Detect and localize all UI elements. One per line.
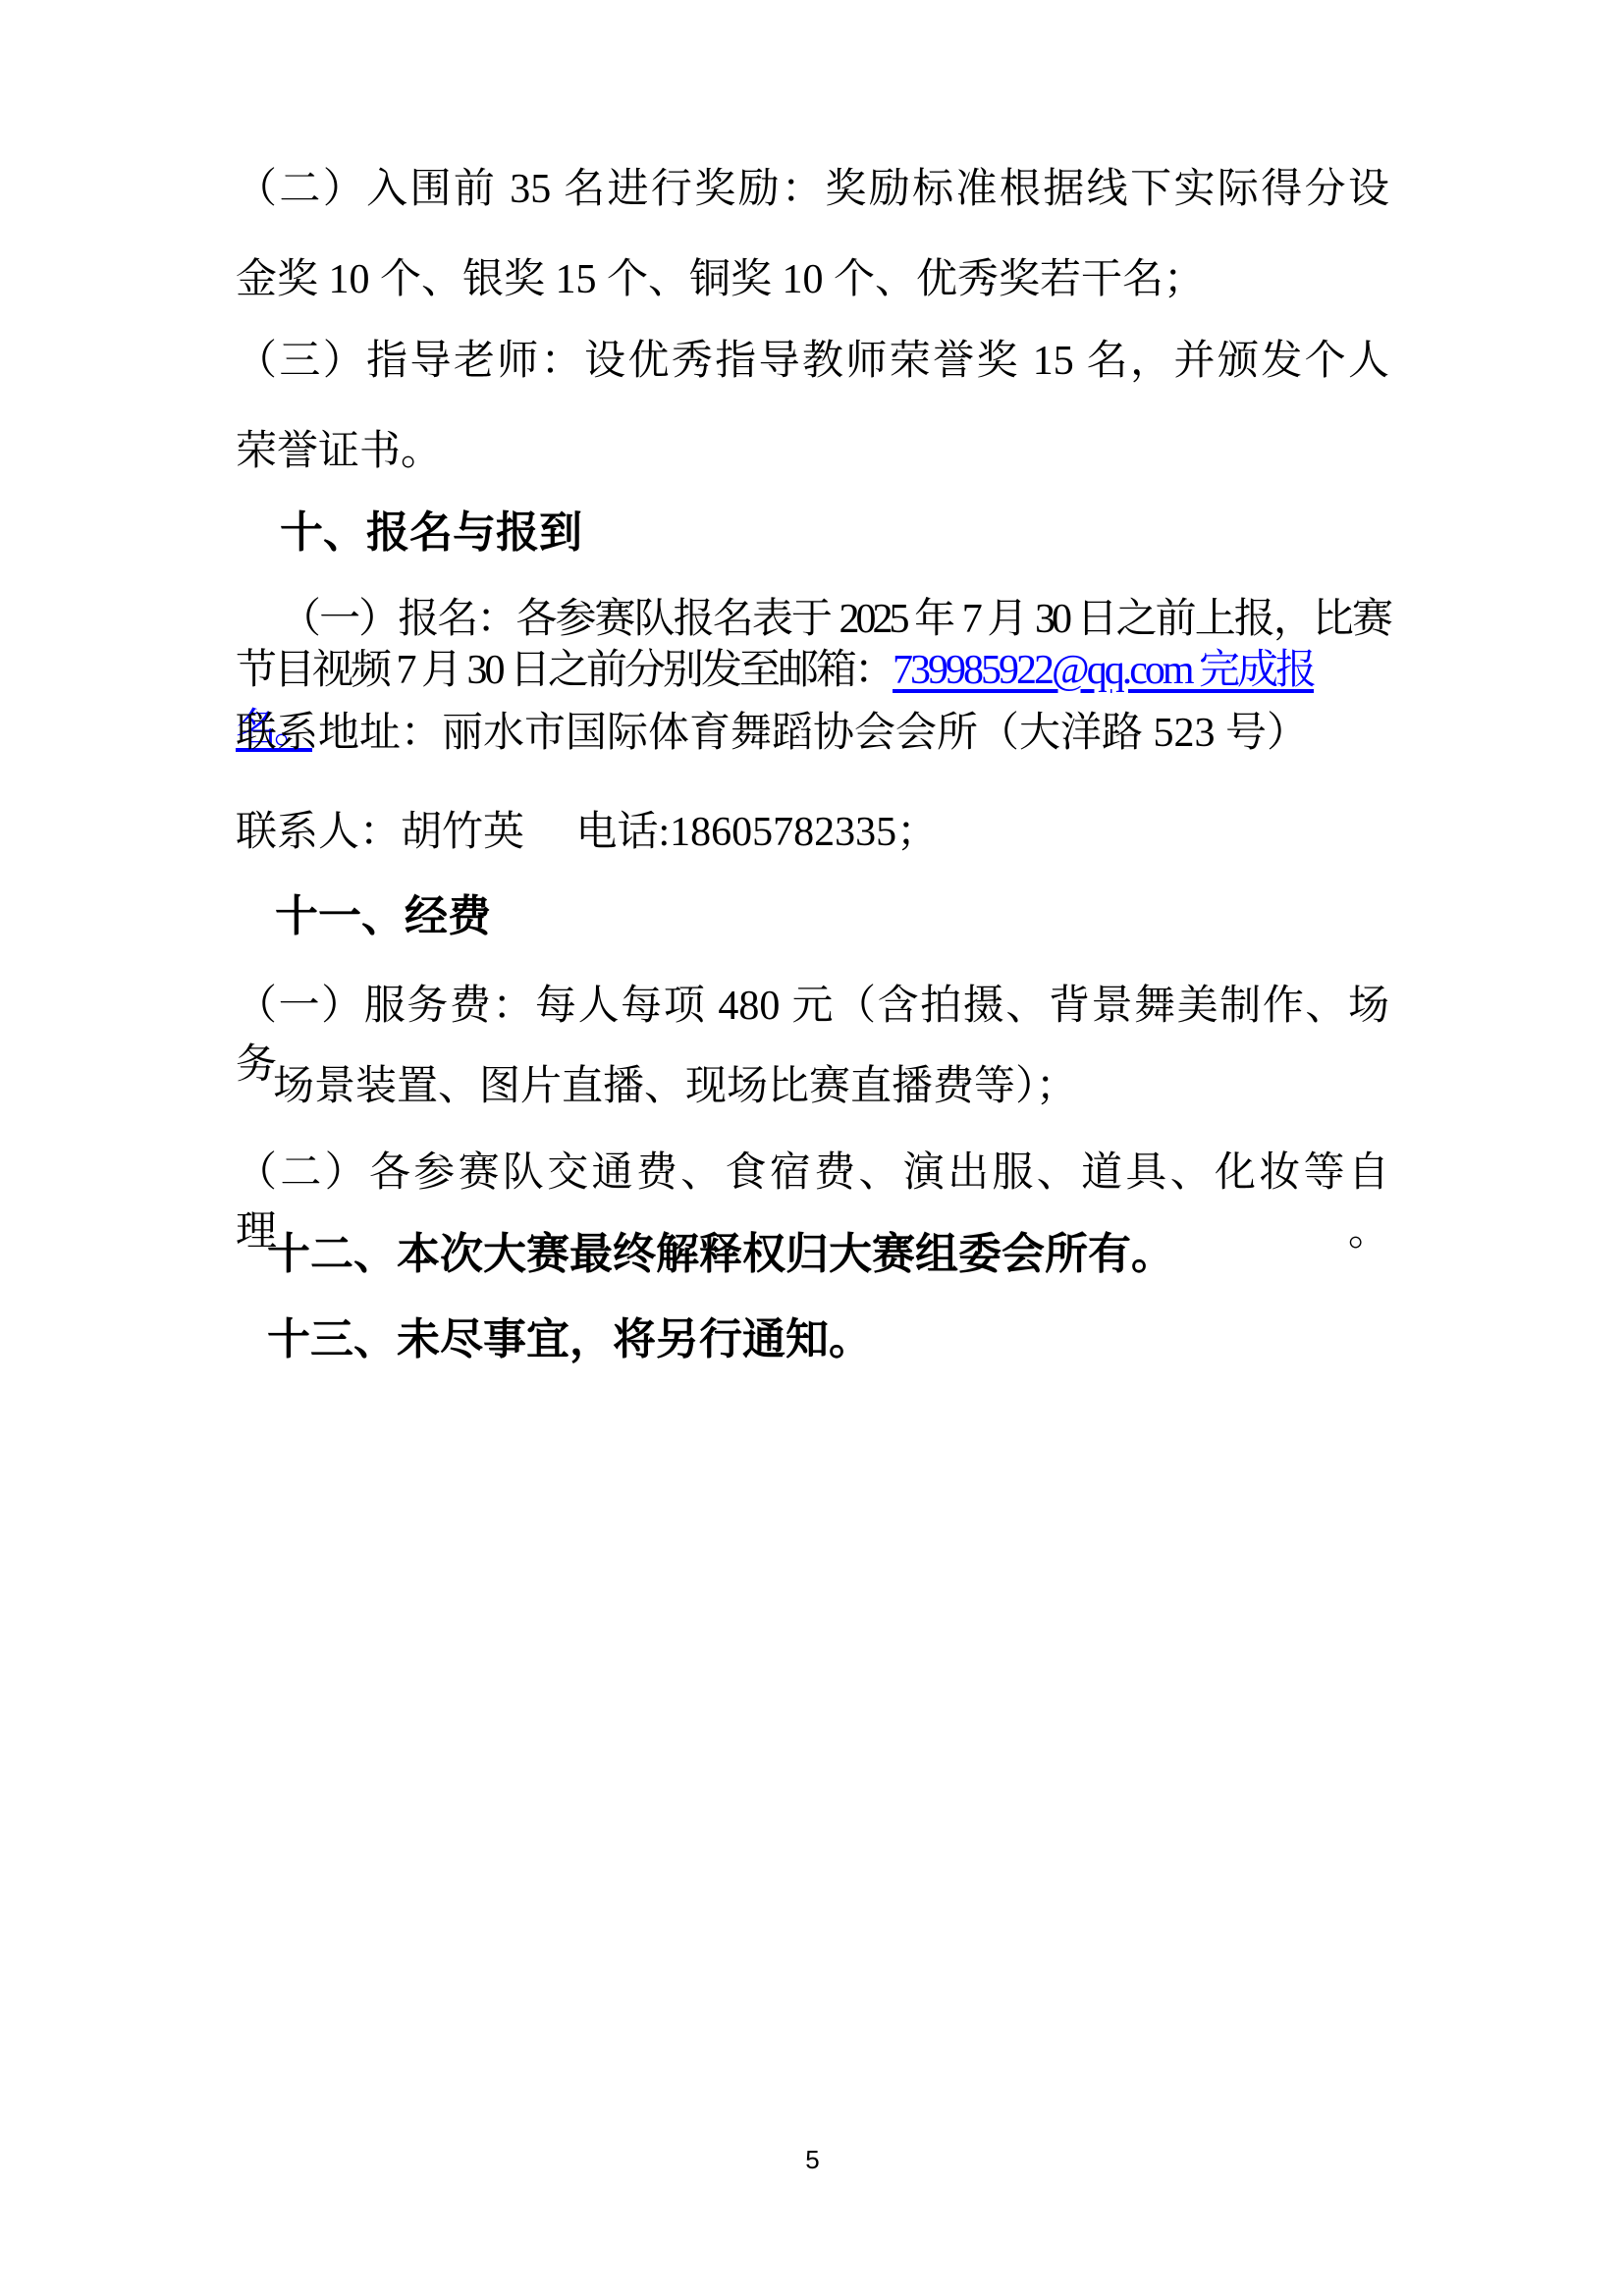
paragraph-contact-address: 联系地址：丽水市国际体育舞蹈协会会所（大洋路 523 号）: [236, 704, 1389, 763]
page-number: 5: [236, 2145, 1389, 2174]
paragraph-signup-line1: （一）报名：各参赛队报名表于 2025 年 7 月 30 日之前上报，比赛: [236, 590, 1389, 649]
paragraph-award-teacher-line2: 荣誉证书。: [236, 422, 1389, 481]
document-page: （二）入围前 35 名进行奖励：奖励标准根据线下实际得分设 金奖 10 个、银奖…: [0, 0, 1624, 2296]
paragraph-award-top35-line1: （二）入围前 35 名进行奖励：奖励标准根据线下实际得分设: [236, 160, 1389, 219]
section-heading-12-interpretation: 十二、本次大赛最终解释权归大赛组委会所有。: [236, 1225, 1389, 1284]
paragraph-award-teacher-line1: （三）指导老师：设优秀指导教师荣誉奖 15 名，并颁发个人: [236, 332, 1389, 391]
paragraph-fee-line2: 场景装置、图片直播、现场比赛直播费等）；: [236, 1057, 1389, 1116]
email-line-prefix: 节目视频 7 月 30 日之前分别发至邮箱：: [236, 648, 893, 693]
section-heading-13-notice: 十三、未尽事宜，将另行通知。: [236, 1310, 1389, 1369]
section-heading-11-funding: 十一、经费: [236, 887, 1389, 946]
section-heading-10-registration: 十、报名与报到: [236, 504, 1389, 562]
paragraph-contact-person: 联系人：胡竹英 电话:18605782335；: [236, 803, 1389, 862]
paragraph-award-top35-line2: 金奖 10 个、银奖 15 个、铜奖 10 个、优秀奖若干名；: [236, 250, 1389, 309]
